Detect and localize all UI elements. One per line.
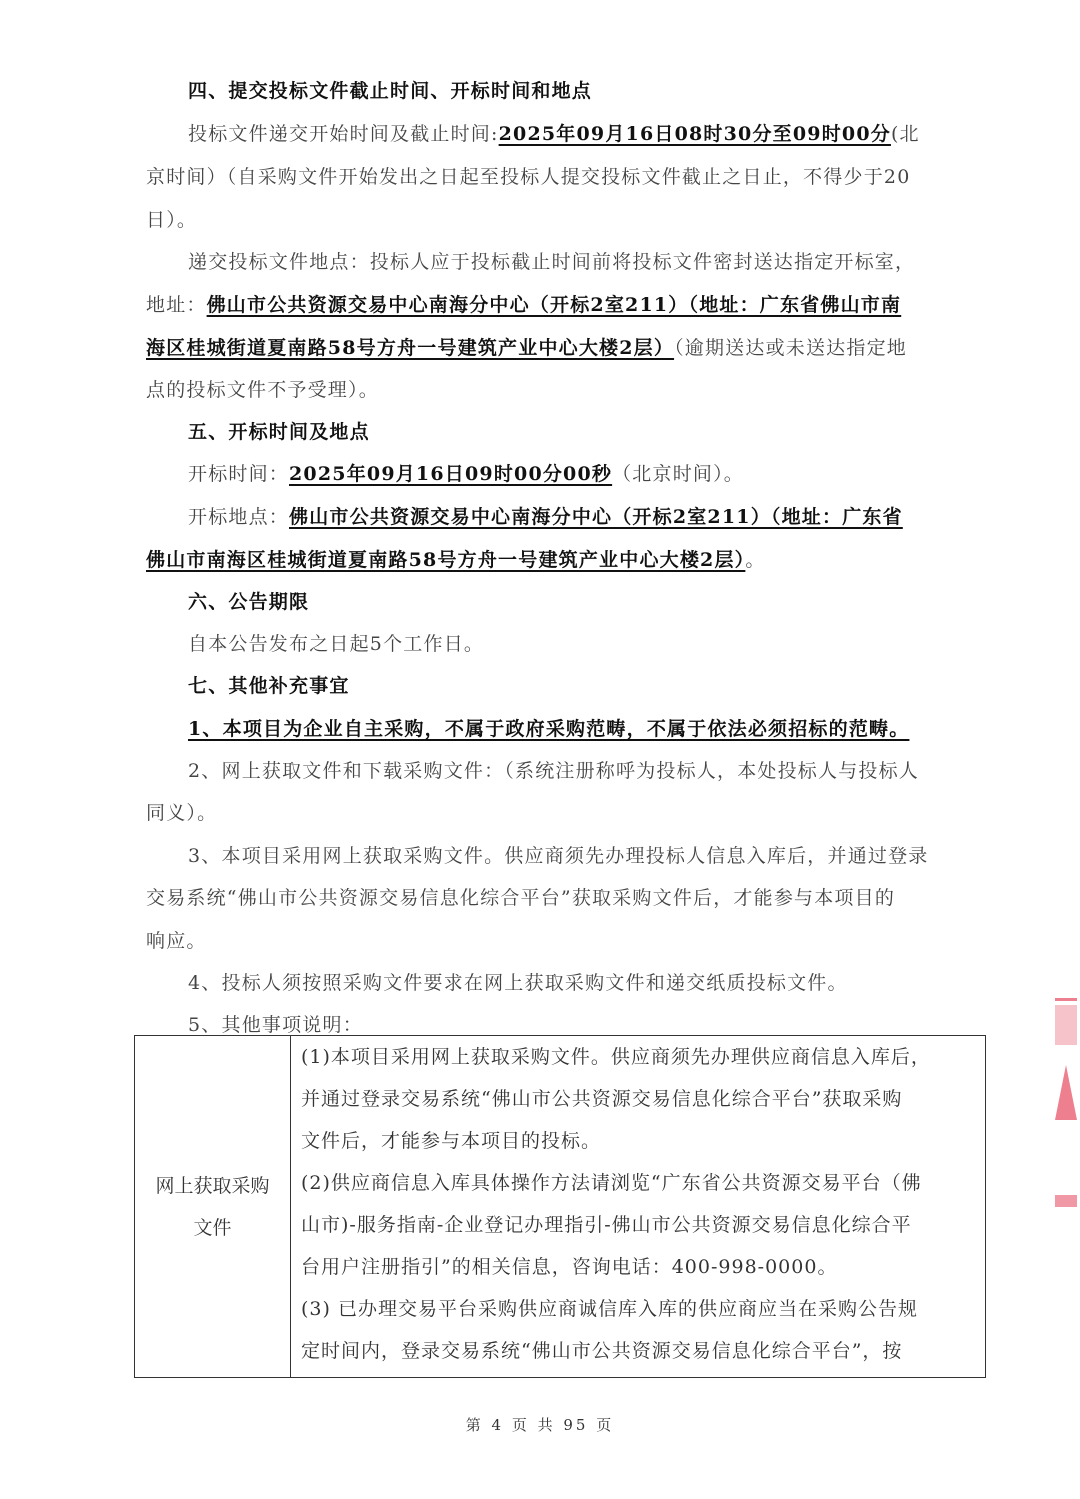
- submit-place-value-2: 海区桂城街道夏南路58号方舟一号建筑产业中心大楼2层）: [146, 337, 674, 359]
- table-label-line-1: 网上获取采购: [135, 1165, 290, 1207]
- submit-place-value-1: 佛山市公共资源交易中心南海分中心（开标2室211）（地址：广东省佛山市南: [207, 294, 902, 316]
- submit-time-line-3: 日）。: [146, 199, 980, 241]
- open-time-value: 2025年09月16日09时00分00秒: [289, 463, 612, 485]
- submit-place-line-1: 递交投标文件地点：投标人应于投标截止时间前将投标文件密封送达指定开标室，: [188, 241, 980, 283]
- item-3-line-3: 响应。: [146, 920, 980, 962]
- open-place-suffix: 。: [745, 549, 765, 571]
- submit-time-line-2: 京时间）（自采购文件开始发出之日起至投标人提交投标文件截止之日止，不得少于20: [146, 156, 980, 198]
- submit-place-suffix: （逾期送达或未送达指定地: [674, 337, 907, 359]
- table-content-line: 文件后，才能参与本项目的投标。: [301, 1120, 977, 1162]
- item-2-line-2: 同义）。: [146, 792, 980, 834]
- seal-stamp-text-fragment: [1055, 1005, 1077, 1045]
- table-content-line: (1)本项目采用网上获取采购文件。供应商须先办理供应商信息入库后，: [301, 1036, 977, 1078]
- submit-place-line-2: 地址：佛山市公共资源交易中心南海分中心（开标2室211）（地址：广东省佛山市南: [146, 284, 980, 326]
- table-label-cell: 网上获取采购 文件: [135, 1036, 291, 1378]
- open-place-line-1: 开标地点：佛山市公共资源交易中心南海分中心（开标2室211）（地址：广东省: [188, 496, 980, 538]
- submit-time-value: 2025年09月16日08时30分至09时00分: [499, 123, 891, 145]
- info-table: 网上获取采购 文件 (1)本项目采用网上获取采购文件。供应商须先办理供应商信息入…: [134, 1035, 986, 1378]
- section-6-heading: 六、公告期限: [188, 581, 980, 623]
- open-place-label: 开标地点：: [188, 506, 289, 528]
- item-1-text: 1、本项目为企业自主采购，不属于政府采购范畴，不属于依法必须招标的范畴。: [188, 718, 909, 740]
- submit-place-line-4: 点的投标文件不予受理）。: [146, 369, 980, 411]
- section-5-heading: 五、开标时间及地点: [188, 411, 980, 453]
- table-content-line: 台用户注册指引”的相关信息，咨询电话：400-998-0000。: [301, 1246, 977, 1288]
- address-label: 地址：: [146, 294, 207, 316]
- table-content-line: 并通过登录交易系统“佛山市公共资源交易信息化综合平台”获取采购: [301, 1078, 977, 1120]
- open-time-suffix: （北京时间）。: [612, 463, 744, 485]
- section-4-heading: 四、提交投标文件截止时间、开标时间和地点: [188, 70, 980, 112]
- item-1: 1、本项目为企业自主采购，不属于政府采购范畴，不属于依法必须招标的范畴。: [188, 708, 980, 750]
- table-row: 网上获取采购 文件 (1)本项目采用网上获取采购文件。供应商须先办理供应商信息入…: [135, 1036, 986, 1378]
- open-time-label: 开标时间：: [188, 463, 289, 485]
- item-3-line-2: 交易系统“佛山市公共资源交易信息化综合平台”获取采购文件后，才能参与本项目的: [146, 877, 980, 919]
- item-3-line-1: 3、本项目采用网上获取采购文件。供应商须先办理投标人信息入库后，并通过登录: [188, 835, 980, 877]
- table-label-line-2: 文件: [135, 1207, 290, 1249]
- page-number: 第 4 页 共 95 页: [0, 1414, 1080, 1435]
- table-content-line: (3) 已办理交易平台采购供应商诚信库入库的供应商应当在采购公告规: [301, 1288, 977, 1330]
- open-place-line-2: 佛山市南海区桂城街道夏南路58号方舟一号建筑产业中心大楼2层）。: [146, 539, 980, 581]
- table-content-line: 山市)-服务指南-企业登记办理指引-佛山市公共资源交易信息化综合平: [301, 1204, 977, 1246]
- seal-stamp-edge-top: [1055, 998, 1077, 1001]
- table-content-cell: (1)本项目采用网上获取采购文件。供应商须先办理供应商信息入库后， 并通过登录交…: [291, 1036, 986, 1378]
- submit-time-line: 投标文件递交开始时间及截止时间:2025年09月16日08时30分至09时00分…: [188, 113, 980, 155]
- notice-period-text: 自本公告发布之日起5个工作日。: [188, 623, 980, 665]
- open-time-line: 开标时间：2025年09月16日09时00分00秒（北京时间）。: [188, 453, 980, 495]
- item-4: 4、投标人须按照采购文件要求在网上获取采购文件和递交纸质投标文件。: [188, 962, 980, 1004]
- seal-stamp-star-icon: [1055, 1065, 1077, 1120]
- open-place-value-1: 佛山市公共资源交易中心南海分中心（开标2室211）（地址：广东省: [289, 506, 903, 528]
- table-content-line: (2)供应商信息入库具体操作方法请浏览“广东省公共资源交易平台（佛: [301, 1162, 977, 1204]
- seal-stamp-edge-bottom: [1055, 1195, 1077, 1207]
- submit-time-suffix: (北: [891, 123, 920, 145]
- item-2-line-1: 2、网上获取文件和下载采购文件：（系统注册称呼为投标人，本处投标人与投标人: [188, 750, 980, 792]
- table-content-line: 定时间内，登录交易系统“佛山市公共资源交易信息化综合平台”，按: [301, 1330, 977, 1372]
- open-place-value-2: 佛山市南海区桂城街道夏南路58号方舟一号建筑产业中心大楼2层）: [146, 549, 745, 571]
- submit-place-line-3: 海区桂城街道夏南路58号方舟一号建筑产业中心大楼2层）（逾期送达或未送达指定地: [146, 327, 980, 369]
- submit-time-label: 投标文件递交开始时间及截止时间:: [188, 123, 499, 145]
- section-7-heading: 七、其他补充事宜: [188, 665, 980, 707]
